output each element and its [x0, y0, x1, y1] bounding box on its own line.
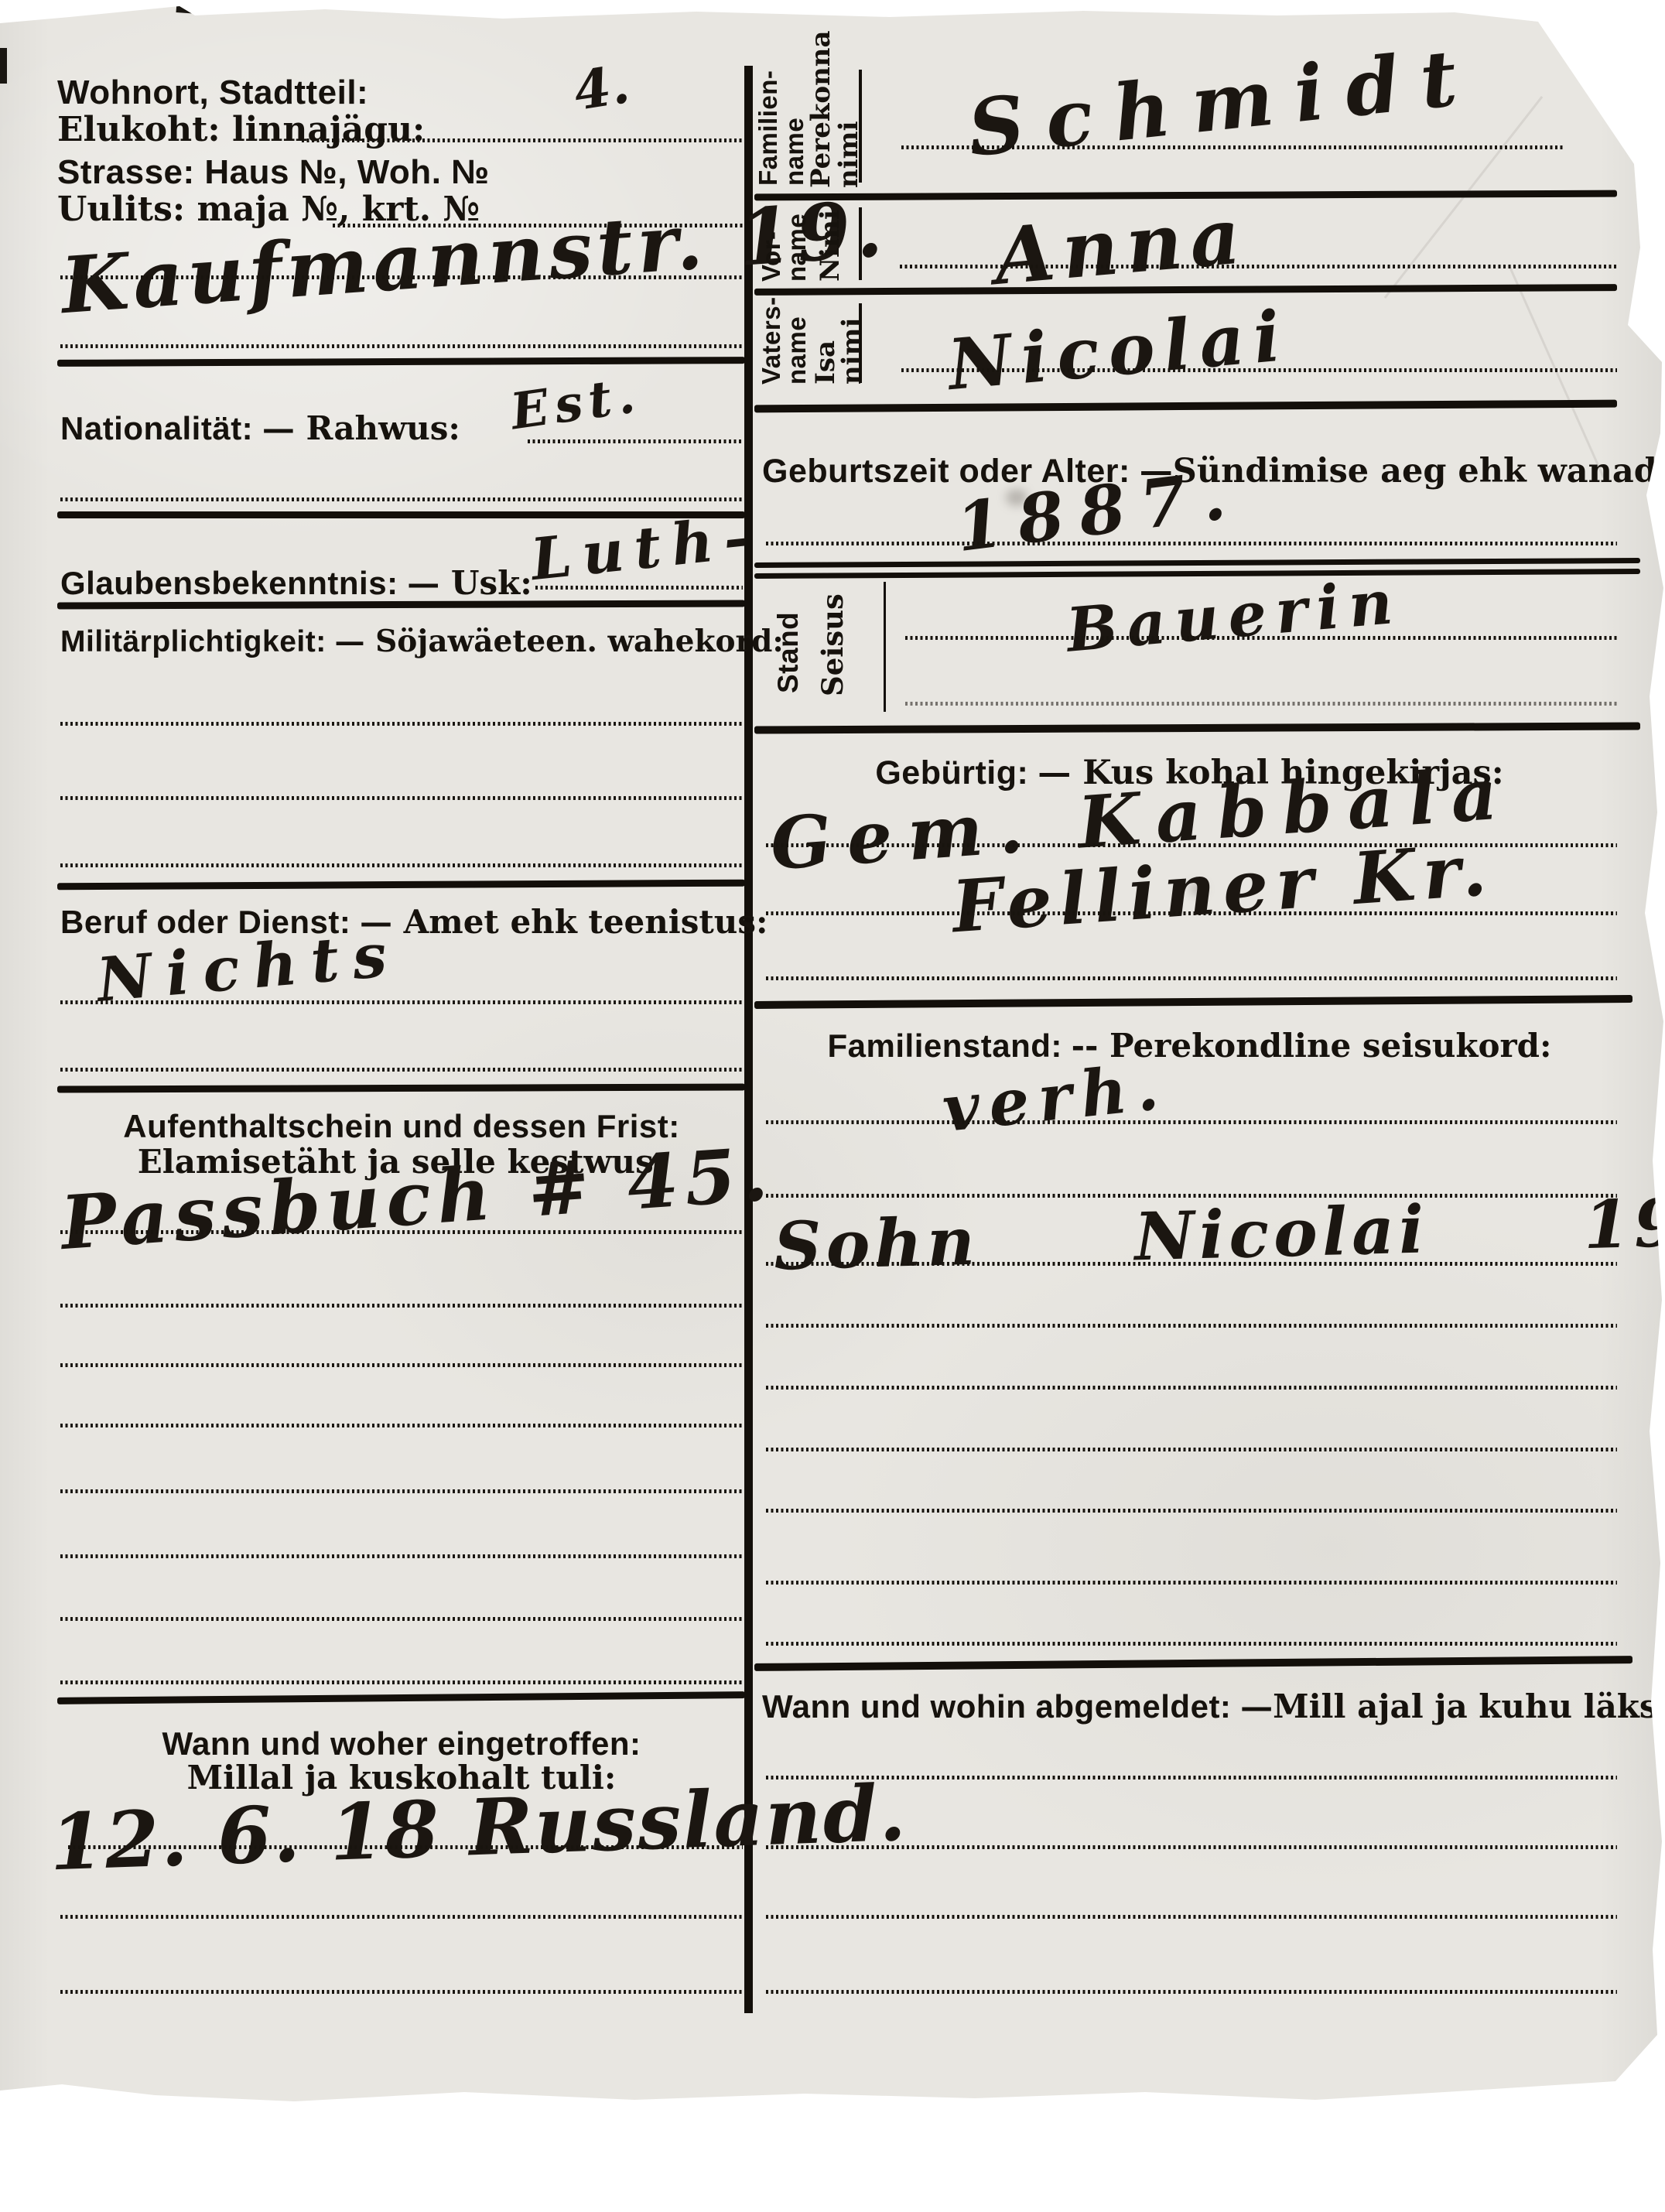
row-rule [754, 723, 1640, 734]
district-value: 4. [570, 58, 633, 118]
street-label-de: Strasse: Haus №, Woh. № [57, 153, 490, 191]
first-name-label-de-part1: Vor- [758, 207, 784, 282]
dotted-entry-line [905, 702, 1617, 706]
military-label: Militärplichtigkeit: — Söjawäeteen. wahe… [60, 625, 784, 659]
dotted-entry-line [68, 1845, 743, 1849]
dotted-entry-line [60, 1424, 743, 1427]
dotted-entry-line [60, 1554, 743, 1558]
father-name-label-de-part2: name [784, 302, 809, 385]
dotted-entry-line [60, 722, 743, 726]
departure-label-de: Wann und wohin abgemeldet: [762, 1688, 1231, 1725]
dotted-entry-line [60, 275, 743, 279]
estate-label-de: Stand [774, 586, 802, 693]
paper-edge-mark [0, 48, 7, 84]
label-separator-line [859, 70, 862, 183]
row-rule [754, 1656, 1633, 1671]
dotted-entry-line [766, 1776, 1617, 1780]
father-name-label-et-part1: Isa [812, 302, 839, 385]
nationality-label-de: Nationalität: [60, 410, 253, 446]
family-name-label-et-part2: nimi [836, 68, 862, 188]
dotted-entry-line [766, 1915, 1617, 1919]
column-divider [744, 66, 753, 2013]
dotted-entry-line [901, 368, 1617, 372]
occupation-label-et: — Amet ehk teenistus: [360, 903, 768, 941]
father-name-label-de-part1: Vaters- [758, 302, 784, 385]
dotted-entry-line [766, 1120, 1617, 1124]
dotted-entry-line [766, 1448, 1617, 1451]
first-name-value: Anna [991, 197, 1250, 296]
dotted-entry-line [60, 1000, 743, 1004]
dotted-entry-line [60, 1363, 743, 1367]
dotted-entry-line [766, 1642, 1617, 1646]
row-rule [754, 284, 1617, 296]
label-separator-line [859, 303, 862, 383]
dotted-entry-line [302, 138, 743, 142]
family-name-label-de-part1: Familien- [755, 70, 781, 186]
label-separator-line [859, 207, 862, 280]
dotted-entry-line [766, 1262, 1617, 1266]
estate-label-et: Seisus [819, 582, 847, 696]
nationality-value: Est. [508, 371, 644, 438]
dotted-entry-line [766, 1509, 1617, 1513]
dotted-entry-line [60, 497, 743, 501]
religion-label-de: Glaubensbekenntnis: [60, 565, 398, 601]
first-name-label-de-part2: name [784, 207, 809, 282]
dotted-entry-line [766, 976, 1617, 980]
military-label-et: — Söjawäeteen. wahekord: [335, 624, 784, 659]
residence-label-et: Elukoht: linnajägu: [57, 111, 425, 149]
dotted-entry-line [60, 1489, 743, 1493]
label-separator-line [884, 582, 886, 712]
dotted-entry-line [60, 1915, 743, 1919]
nationality-label-et: — Rahwus: [262, 409, 460, 447]
military-label-de: Militärplichtigkeit: [60, 625, 327, 658]
dotted-entry-line [766, 1324, 1617, 1328]
dotted-entry-line [60, 1068, 743, 1072]
dotted-entry-line [766, 542, 1617, 545]
permit-label-de: Aufenthaltschein und dessen Frist: [60, 1108, 743, 1144]
row-rule [754, 400, 1617, 413]
family-status-label: Familienstand: -- Perekondline seisukord… [762, 1027, 1617, 1064]
section-rule [57, 1083, 745, 1092]
family-name-label-de-part2: name [781, 70, 807, 186]
dotted-entry-line [60, 863, 743, 867]
section-rule [57, 357, 745, 367]
dotted-entry-line [766, 911, 1617, 915]
dotted-entry-line [60, 1990, 743, 1994]
dotted-entry-line [901, 145, 1563, 149]
dotted-entry-line [535, 586, 743, 590]
section-rule [57, 880, 745, 891]
row-rule [754, 558, 1640, 568]
row-rule [754, 995, 1633, 1009]
dotted-entry-line [766, 1845, 1617, 1849]
departure-label: Wann und wohin abgemeldet: —Mill ajal ja… [762, 1688, 1665, 1725]
religion-label-et: — Usk: [407, 564, 532, 602]
dotted-entry-line [528, 439, 743, 443]
arrival-label-de: Wann und woher eingetroffen: [60, 1725, 743, 1762]
family-name-label-et-part1: Perekonna [808, 68, 834, 188]
dotted-entry-line [766, 1990, 1617, 1994]
family-status-value: verh. [940, 1055, 1171, 1141]
occupation-label: Beruf oder Dienst: — Amet ehk teenistus: [60, 904, 768, 940]
family-status-label-de: Familienstand: [828, 1027, 1062, 1064]
dotted-entry-line [60, 344, 743, 348]
dotted-entry-line [60, 1304, 743, 1308]
section-rule [57, 600, 745, 609]
dotted-entry-line [905, 636, 1617, 640]
dotted-entry-line [766, 1581, 1617, 1585]
children-note-value: Sohn Nicolai 1916. [773, 1187, 1665, 1280]
dotted-entry-line [766, 1386, 1617, 1390]
section-rule [57, 1691, 745, 1704]
dotted-entry-line [60, 1617, 743, 1621]
dotted-entry-line [60, 1230, 743, 1234]
religion-label: Glaubensbekenntnis: — Usk: [60, 565, 532, 601]
estate-value: Bauerin [1064, 572, 1403, 662]
departure-label-et: —Mill ajal ja kuhu läks: [1240, 1687, 1665, 1725]
residence-label-de: Wohnort, Stadtteil: [57, 74, 368, 111]
nationality-label: Nationalität: — Rahwus: [60, 410, 460, 446]
paper-notch [176, 1, 199, 14]
religion-value: Luth- [528, 508, 761, 589]
row-rule [754, 569, 1640, 579]
dotted-entry-line [60, 796, 743, 800]
registration-card-paper: Wohnort, Stadtteil: Elukoht: linnajägu: … [0, 0, 1665, 2212]
dotted-entry-line [900, 265, 1617, 268]
father-name-value: Nicolai [945, 301, 1292, 400]
dotted-entry-line [60, 1680, 743, 1684]
first-name-label-et: Nimi [817, 207, 843, 282]
